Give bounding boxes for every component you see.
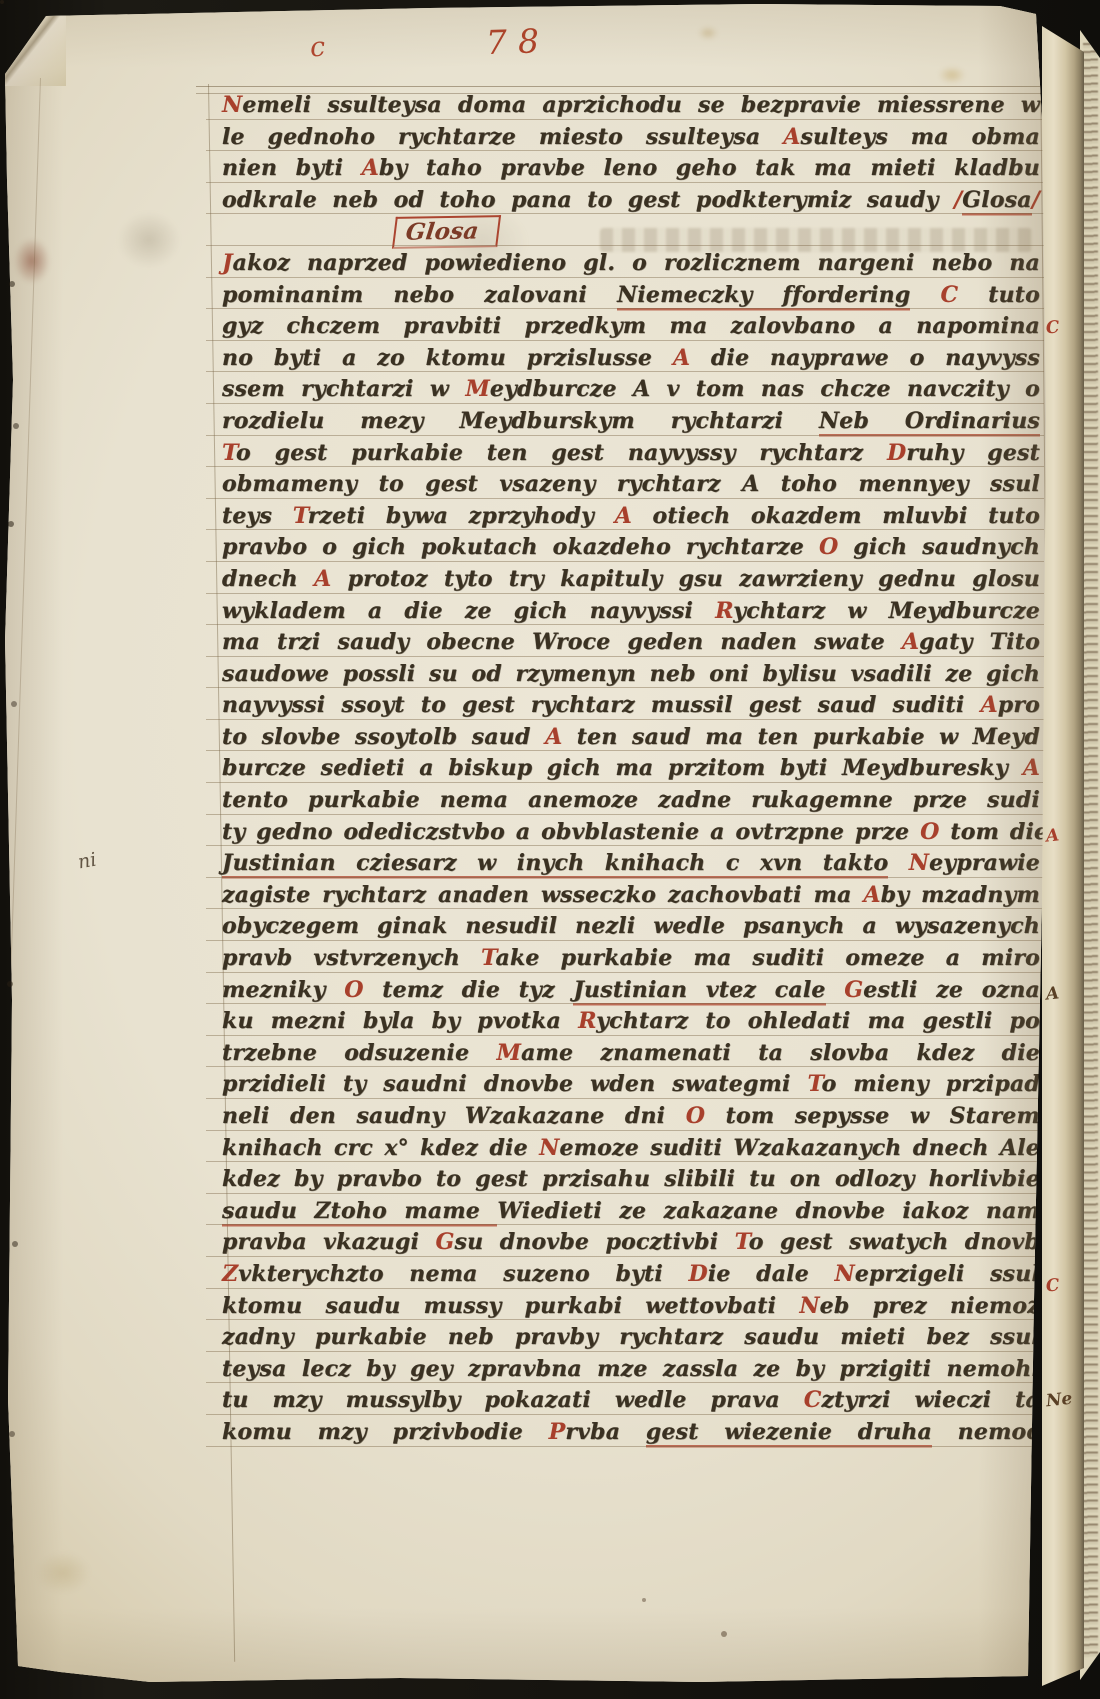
text-segment: pravbo o gich pokutach okazdeho rychtarz… [222,534,819,560]
folio-number: 78 [485,21,550,62]
text-line: komu mzy przivbodie Prvba gest wiezenie … [222,1417,1040,1449]
text-segment [910,282,940,308]
text-segment: estli ze ozna [863,977,1040,1003]
rubricated-initial: C [940,282,958,308]
parchment-page: c 78 Nemeli ssulteysa doma aprzichodu se… [0,0,1052,1692]
text-segment: odkrale neb od toho pana to gest podkter… [222,187,954,213]
text-segment: knihach crc x° kdez die [222,1135,539,1161]
text-segment: wykladem a die ze gich nayvyssi [222,598,715,624]
edge-specks [0,0,4,4]
text-segment: eb prez niemoz [820,1293,1040,1319]
text-segment: ku mezni byla by pvotka [222,1008,578,1034]
text-line: to slovbe ssoytolb saud A ten saud ma te… [222,722,1040,754]
rubricated-phrase: Glosa [962,187,1031,213]
rubricated-initial: M [497,1040,522,1066]
text-segment: to slovbe ssoytolb saud [222,724,545,750]
text-segment: su dnovbe pocztivbi [455,1229,735,1255]
text-segment: saudowe possli su od rzymenyn neb oni by… [222,661,1040,687]
text-segment: zagiste rychtarz anaden wsseczko zachovb… [222,882,863,908]
text-segment: eyprawie [929,850,1040,876]
rubricated-initial: T [222,440,236,466]
text-segment: gich saudnych [838,534,1040,560]
rubricated-initial: N [799,1293,819,1319]
rubricated-initial: D [887,440,906,466]
text-segment: by taho pravbe leno geho tak ma mieti kl… [379,155,1040,181]
text-segment: ztyrzi wieczi ta [821,1387,1040,1413]
text-segment: mezniky [222,977,344,1003]
stain [698,26,718,40]
text-line: neli den saudny Wzakazane dni O tom sepy… [222,1101,1040,1133]
text-line: mezniky O temz die tyz Justinian vtez ca… [222,975,1040,1007]
text-line: przidieli ty saudni dnovbe wden swategmi… [222,1069,1040,1101]
rubricated-phrase: saudu Ztoho mame [222,1198,497,1224]
rubricated-initial: P [549,1419,566,1445]
rubricated-initial: N [222,92,242,118]
text-segment: ten saud ma ten purkabie w Meyd [562,724,1040,750]
manuscript-photo: c 78 Nemeli ssulteysa doma aprzichodu se… [0,0,1100,1699]
rubricated-initial: R [715,598,733,624]
text-segment: Wiedieti ze zakazane dnovbe iakoz nam [497,1198,1040,1224]
rubricated-initial: J [222,250,233,276]
text-segment: teys [222,503,293,529]
rubricated-initial: / [1032,187,1040,213]
text-line: teysa lecz by gey zpravbna mze zassla ze… [222,1354,1040,1386]
text-segment: tento purkabie nema anemoze zadne rukage… [222,787,1040,813]
text-line: pominanim nebo zalovani Niemeczky fforde… [222,280,1040,312]
rubricated-phrase: Neb Ordinarius [819,408,1040,434]
folded-corner [0,10,66,86]
text-line: ku mezni byla by pvotka Rychtarz to ohle… [222,1006,1040,1038]
text-segment: o gest purkabie ten gest nayvyssy rychta… [236,440,887,466]
text-line: teys Trzeti bywa zprzyhody A otiech okaz… [222,501,1040,533]
text-segment: obyczegem ginak nesudil nezli wedle psan… [222,913,1040,939]
text-line: Zvkterychzto nema suzeno byti Die dale N… [222,1259,1040,1291]
text-segment: otiech okazdem mluvbi tuto [632,503,1040,529]
rubricated-initial: A [863,882,880,908]
rubricated-phrase: Niemeczky ffordering [617,282,910,308]
text-segment: trzebne odsuzenie [222,1040,497,1066]
text-segment: teysa lecz by gey zpravbna mze zassla ze… [222,1356,1040,1382]
text-line: saudowe possli su od rzymenyn neb oni by… [222,659,1040,691]
text-line: nayvyssi ssoyt to gest rychtarz mussil g… [222,690,1040,722]
text-line: zagiste rychtarz anaden wsseczko zachovb… [222,880,1040,912]
text-segment: protoz tyto try kapituly gsu zawrzieny g… [331,566,1040,592]
text-segment: by mzadnym [881,882,1040,908]
rubricated-initial: T [293,503,308,529]
margin-ruling-line [0,78,41,1661]
rubricated-initial: A [362,155,379,181]
rubricated-initial: G [436,1229,455,1255]
text-line: ty gedno odediczstvbo a obvblastenie a o… [222,817,1040,849]
text-line: obmameny to gest vsazeny rychtarz A toho… [222,469,1040,501]
text-line: trzebne odsuzenie Mame znamenati ta slov… [222,1038,1040,1070]
text-segment: pravb vstvrzenych [222,945,481,971]
text-line: Jakoz naprzed powiedieno gl. o rozliczne… [222,248,1040,280]
rubricated-initial: O [686,1103,705,1129]
text-segment: die nayprawe o nayvyss [690,345,1040,371]
text-segment: vkterychzto nema suzeno byti [238,1261,688,1287]
rubricated-initial: A [783,124,800,150]
text-segment: rvba [565,1419,646,1445]
text-segment: temz die tyz [364,977,574,1003]
text-segment: ychtarz w Meydburcze [733,598,1040,624]
rubricated-initial: N [909,850,929,876]
adjacent-page-text-edge [1083,40,1098,1659]
text-segment: ychtarz to ohledati ma gestli po [596,1008,1040,1034]
text-segment: eydburcze A v tom nas chcze navczity o [490,376,1040,402]
text-segment: tom die [939,819,1048,845]
text-segment: eprzigeli ssul [855,1261,1040,1287]
text-segment: pravba vkazugi [222,1229,436,1255]
rubricated-initial: G [844,977,863,1003]
ink-stain [14,238,50,284]
text-segment: ssem rychtarzi w [222,376,465,402]
text-line: kdez by pravbo to gest przisahu slibili … [222,1164,1040,1196]
text-segment: kdez by pravbo to gest przisahu slibili … [222,1166,1040,1192]
text-segment: ruhy gest [906,440,1040,466]
text-line: ssem rychtarzi w Meydburcze A v tom nas … [222,374,1040,406]
rubricated-initial: A [1023,755,1040,781]
text-line: nien byti Aby taho pravbe leno geho tak … [222,153,1040,185]
text-segment: gaty Tito [919,629,1040,655]
text-line: tento purkabie nema anemoze zadne rukage… [222,785,1040,817]
text-line: ktomu saudu mussy purkabi wettovbati Neb… [222,1291,1040,1323]
rubricated-phrase: gest wiezenie druha [646,1419,932,1445]
text-segment: sulteys ma obma [800,124,1040,150]
text-segment: rozdielu mezy Meydburskym rychtarzi [222,408,819,434]
text-line: Justinian cziesarz w inych knihach c xvn… [222,848,1040,880]
text-segment: ie dale [708,1261,835,1287]
text-block: Nemeli ssulteysa doma aprzichodu se bezp… [222,90,1040,1449]
text-segment: burcze sedieti a biskup gich ma przitom … [222,755,1023,781]
text-line: rozdielu mezy Meydburskym rychtarzi Neb … [222,406,1040,438]
text-segment: le gednoho rychtarze miesto ssulteysa [222,124,783,150]
text-segment: tuto [958,282,1040,308]
text-line: pravbo o gich pokutach okazdeho rychtarz… [222,532,1040,564]
rubricated-initial: R [578,1008,596,1034]
quire-mark: c [309,32,326,64]
rubricated-initial: M [465,376,490,402]
text-segment: pro [998,692,1040,718]
margin-note: ni [76,849,98,874]
text-segment [888,850,908,876]
rubricated-initial: C [804,1387,822,1413]
text-segment: o gest swatych dnovb [749,1229,1040,1255]
text-segment: tom sepysse w Starem [705,1103,1040,1129]
text-line: no byti a zo ktomu przislusse A die nayp… [222,343,1040,375]
text-segment: akoz naprzed powiedieno gl. o rozlicznem… [233,250,1040,276]
text-line: Nemeli ssulteysa doma aprzichodu se bezp… [222,90,1040,122]
rubricated-initial: Z [222,1261,238,1287]
rubricated-initial: O [920,819,939,845]
text-segment: emoze suditi Wzakazanych dnech Ale [559,1135,1040,1161]
text-line: dnech A protoz tyto try kapituly gsu zaw… [222,564,1040,596]
text-line: le gednoho rychtarze miesto ssulteysa As… [222,122,1040,154]
text-line: pravba vkazugi Gsu dnovbe pocztivbi To g… [222,1227,1040,1259]
text-line: tu mzy mussylby pokazati wedle prava Czt… [222,1385,1040,1417]
stain [36,1552,90,1594]
rubricated-initial: A [615,503,632,529]
text-line: wykladem a die ze gich nayvyssi Rychtarz… [222,596,1040,628]
text-segment: o mieny przipad [822,1071,1040,1097]
rubricated-initial: N [835,1261,855,1287]
rubricated-initial: A [545,724,562,750]
text-segment: ake purkabie ma suditi omeze a miro [496,945,1040,971]
text-segment: ty gedno odediczstvbo a obvblastenie a o… [222,819,920,845]
text-line: pravb vstvrzenych Take purkabie ma sudit… [222,943,1040,975]
text-line: gyz chczem pravbiti przedkym ma zalovban… [222,311,1040,343]
page-curl-edge [1042,8,1084,1690]
rubricated-initial: A [980,692,997,718]
text-segment: zadny purkabie neb pravby rychtarz saudu… [222,1324,1040,1350]
stain [118,212,180,268]
text-segment: emeli ssulteysa doma aprzichodu se bezpr… [242,92,1040,118]
rubricated-initial: N [539,1135,559,1161]
text-segment: przidieli ty saudni dnovbe wden swategmi [222,1071,808,1097]
text-segment: komu mzy przivbodie [222,1419,549,1445]
rubricated-initial: D [689,1261,708,1287]
text-line: To gest purkabie ten gest nayvyssy rycht… [222,438,1040,470]
text-segment: pominanim nebo zalovani [222,282,617,308]
text-line: obyczegem ginak nesudil nezli wedle psan… [222,911,1040,943]
text-segment: no byti a zo ktomu przislusse [222,345,673,371]
text-segment: ame znamenati ta slovba kdez die [521,1040,1040,1066]
text-line: zadny purkabie neb pravby rychtarz saudu… [222,1322,1040,1354]
text-segment: gyz chczem pravbiti przedkym ma zalovban… [222,313,1040,339]
text-segment: nemoc [932,1419,1040,1445]
rubricated-initial: T [481,945,495,971]
text-line: saudu Ztoho mame Wiedieti ze zakazane dn… [222,1196,1040,1228]
rubricated-initial: O [344,977,363,1003]
glosa-heading-row: Glosa [222,216,1040,248]
text-segment [826,977,845,1003]
rubricated-phrase: Justinian cziesarz w inych knihach c xvn… [222,850,888,876]
text-segment: dnech [222,566,314,592]
text-segment: neli den saudny Wzakazane dni [222,1103,686,1129]
text-segment: rzeti bywa zprzyhody [308,503,615,529]
text-segment: ma trzi saudy obecne Wroce geden naden s… [222,629,902,655]
text-segment: nien byti [222,155,362,181]
text-line: knihach crc x° kdez die Nemoze suditi Wz… [222,1133,1040,1165]
rubricated-initial: A [673,345,690,371]
rubricated-phrase: Justinian vtez cale [573,977,825,1003]
rubricated-initial: A [902,629,919,655]
glosa-box: Glosa [392,215,501,249]
text-line: ma trzi saudy obecne Wroce geden naden s… [222,627,1040,659]
rubricated-initial: T [735,1229,749,1255]
text-segment: ktomu saudu mussy purkabi wettovbati [222,1293,799,1319]
text-segment: obmameny to gest vsazeny rychtarz A toho… [222,471,1040,497]
text-segment: nayvyssi ssoyt to gest rychtarz mussil g… [222,692,980,718]
rubricated-initial: A [314,566,331,592]
text-line: odkrale neb od toho pana to gest podkter… [222,185,1040,217]
rubricated-initial: O [819,534,838,560]
rubricated-initial: T [808,1071,822,1097]
text-segment: tu mzy mussylby pokazati wedle prava [222,1387,804,1413]
stain [938,66,966,84]
text-line: burcze sedieti a biskup gich ma przitom … [222,753,1040,785]
